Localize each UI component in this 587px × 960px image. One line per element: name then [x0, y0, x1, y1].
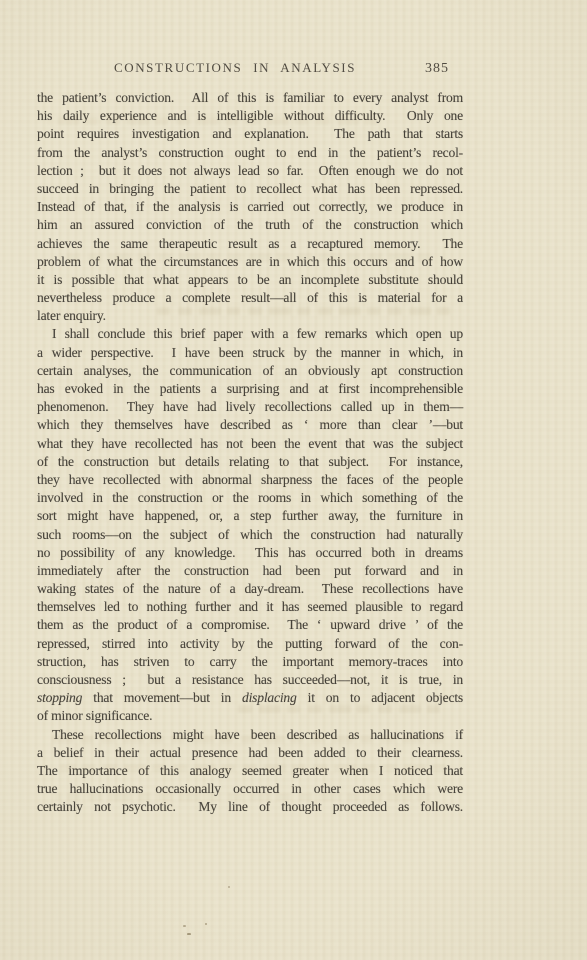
- text-line: These recollections might have been desc…: [37, 726, 463, 744]
- text-line: immediately after the construction had b…: [37, 562, 463, 580]
- text-line: struction, has striven to carry the impo…: [37, 653, 463, 671]
- text-line: sort might have happened, or, a step fur…: [37, 507, 463, 525]
- text-line: involved in the construction or the room…: [37, 489, 463, 507]
- text-line: true hallucinations occasionally occurre…: [37, 780, 463, 798]
- text-line: lection ; but it does not always lead so…: [37, 162, 463, 180]
- text-line: from the analyst’s construction ought to…: [37, 144, 463, 162]
- text-line: waking states of the nature of a day-dre…: [37, 580, 463, 598]
- text-line: a wider perspective. I have been struck …: [37, 344, 463, 362]
- paper-speck: [187, 933, 191, 935]
- text-line: problem of what the circumstances are in…: [37, 253, 463, 271]
- text-line: Instead of that, if the analysis is carr…: [37, 198, 463, 216]
- text-line: nevertheless produce a complete result—a…: [37, 289, 463, 307]
- text-line: such rooms—on the subject of which the c…: [37, 526, 463, 544]
- text-line: certainly not psychotic. My line of thou…: [37, 798, 463, 816]
- text-line: which they themselves have described as …: [37, 416, 463, 434]
- text-line: no possibility of any knowledge. This ha…: [37, 544, 463, 562]
- text-line: The importance of this analogy seemed gr…: [37, 762, 463, 780]
- book-page: CONSTRUCTIONS IN ANALYSIS 385 the patien…: [0, 0, 587, 960]
- paper-speck: [205, 923, 207, 925]
- text-line: what they have recollected has not been …: [37, 435, 463, 453]
- text-line: I shall conclude this brief paper with a…: [37, 325, 463, 343]
- text-line: they have recollected with abnormal shar…: [37, 471, 463, 489]
- running-title: CONSTRUCTIONS IN ANALYSIS: [37, 60, 433, 76]
- text-line: themselves led to nothing further and it…: [37, 598, 463, 616]
- text-line: a belief in their actual presence had be…: [37, 744, 463, 762]
- text-line: him an assured conviction of the truth o…: [37, 216, 463, 234]
- text-line: of the construction but details relating…: [37, 453, 463, 471]
- text-body: the patient’s conviction. All of this is…: [37, 89, 463, 817]
- text-line: has evoked in the patients a surprising …: [37, 380, 463, 398]
- page-header: CONSTRUCTIONS IN ANALYSIS 385: [37, 60, 463, 80]
- text-line: consciousness ; but a resistance has suc…: [37, 671, 463, 689]
- text-line: point requires investigation and explana…: [37, 125, 463, 143]
- paper-speck: [183, 925, 186, 927]
- text-line: certain analyses, the communication of a…: [37, 362, 463, 380]
- text-line: his daily experience and is intelligible…: [37, 107, 463, 125]
- text-line: succeed in bringing the patient to recol…: [37, 180, 463, 198]
- page-number: 385: [425, 61, 449, 77]
- text-line: repressed, stirred into activity by the …: [37, 635, 463, 653]
- paper-speck: [228, 886, 230, 888]
- text-line: achieves the same therapeutic result as …: [37, 235, 463, 253]
- text-line: stopping that movement—but in displacing…: [37, 689, 463, 707]
- text-line: it is possible that what appears to be a…: [37, 271, 463, 289]
- text-line: the patient’s conviction. All of this is…: [37, 89, 463, 107]
- text-line: of minor significance.: [37, 707, 463, 725]
- text-line: them as the product of a compromise. The…: [37, 616, 463, 634]
- text-line: phenomenon. They have had lively recolle…: [37, 398, 463, 416]
- text-line: later enquiry.: [37, 307, 463, 325]
